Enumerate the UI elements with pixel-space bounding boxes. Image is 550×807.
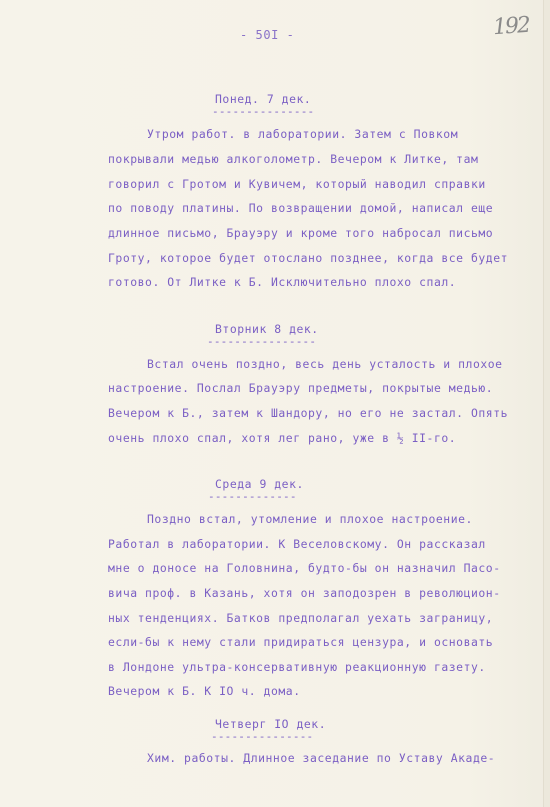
entry-heading-tuesday: Вторник 8 дек. — [215, 322, 319, 336]
text-line: вича проф. в Казань, хотя он заподозрен … — [108, 586, 501, 600]
text-line: Поздно встал, утомление и плохое настрое… — [147, 512, 473, 526]
entry-heading-wednesday: Среда 9 дек. — [215, 477, 304, 491]
heading-underline: --------------- — [212, 105, 314, 118]
text-line: ных тенденциях. Батков предполагал уехат… — [108, 611, 493, 625]
text-line: покрывали медью алкоголометр. Вечером к … — [108, 152, 478, 166]
text-line: настроение. Послал Брауэру предметы, пок… — [108, 381, 493, 395]
text-line: говорил с Гротом и Кувичем, который наво… — [108, 177, 486, 191]
text-line: Хим. работы. Длинное заседание по Уставу… — [147, 751, 495, 765]
text-line: мне о доносе на Головнина, будто-бы он н… — [108, 561, 501, 575]
heading-underline: ---------------- — [207, 335, 316, 348]
text-line: длинное письмо, Брауэру и кроме того наб… — [108, 226, 493, 240]
text-line: Утром работ. в лаборатории. Затем с Повк… — [147, 127, 458, 141]
text-line: Работал в лаборатории. К Веселовскому. О… — [108, 537, 486, 551]
text-line: Вечером к Б. К IO ч. дома. — [108, 684, 301, 698]
entry-heading-monday: Понед. 7 дек. — [215, 92, 311, 106]
heading-underline: ------------- — [208, 490, 297, 503]
page-number: - 50I - — [240, 28, 294, 42]
heading-underline: --------------- — [211, 730, 313, 743]
text-line: если-бы к нему стали придираться цензура… — [108, 635, 493, 649]
text-line: готово. От Литке к Б. Исключительно плох… — [108, 275, 456, 289]
paper-edge — [543, 0, 550, 807]
text-line: Вечером к Б., затем к Шандору, но его не… — [108, 406, 508, 420]
document-page: - 50I - 192 Понед. 7 дек. --------------… — [0, 0, 550, 807]
text-line: в Лондоне ультра-консервативную реакцион… — [108, 660, 486, 674]
text-line: по поводу платины. По возвращении домой,… — [108, 201, 493, 215]
text-line: Встал очень поздно, весь день усталость … — [147, 357, 503, 371]
text-line: очень плохо спал, хотя лег рано, уже в ½… — [108, 431, 456, 445]
entry-heading-thursday: Четверг IO дек. — [215, 717, 326, 731]
archive-folio-number: 192 — [492, 13, 530, 40]
text-line: Гроту, которое будет отослано позднее, к… — [108, 251, 508, 265]
